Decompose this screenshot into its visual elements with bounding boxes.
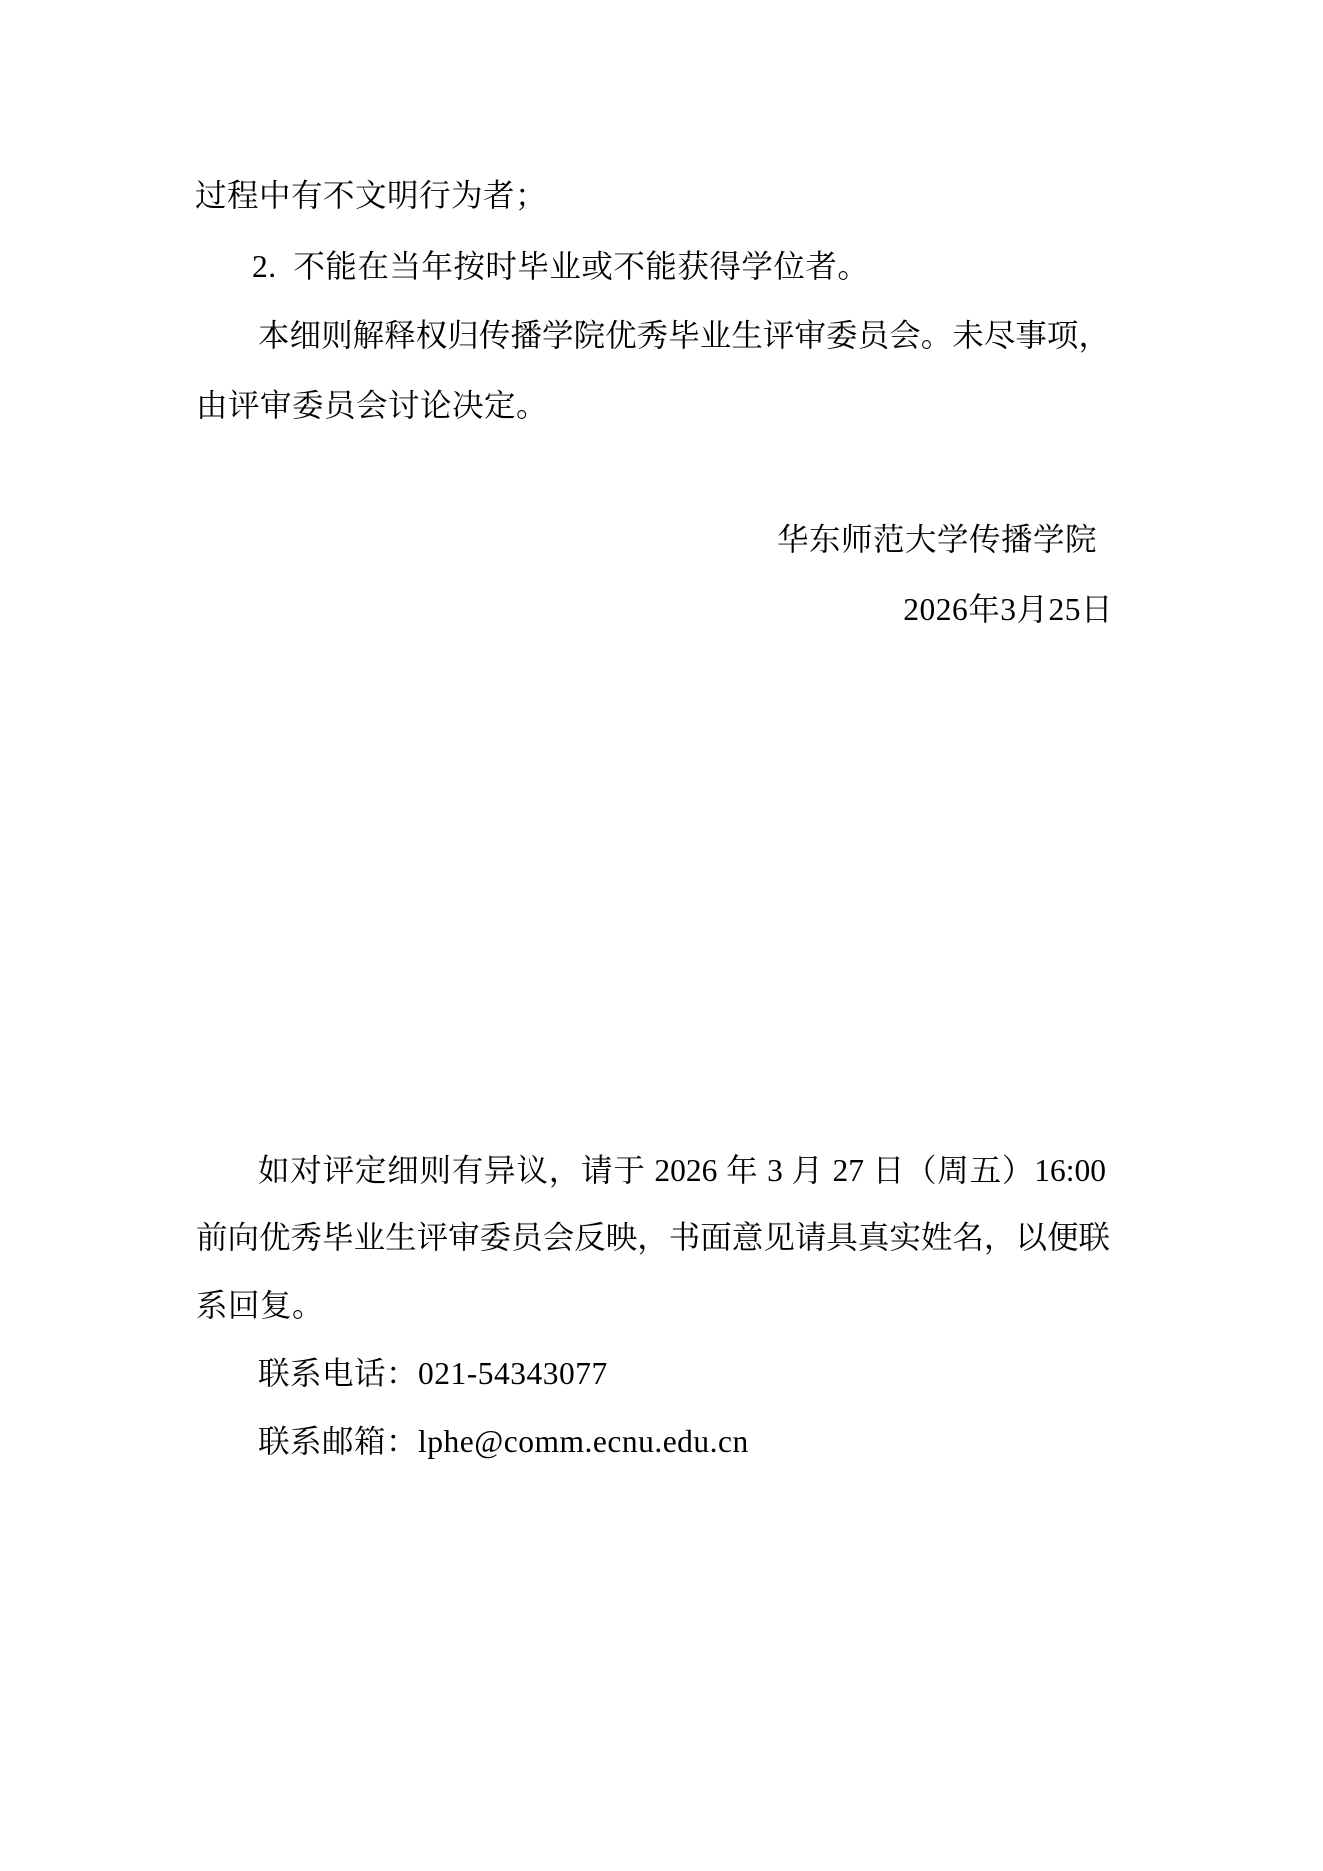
- feedback-line-2: 前向优秀毕业生评审委员会反映，书面意见请具真实姓名，以便联: [196, 1218, 1110, 1257]
- clause-item-2: 2. 不能在当年按时毕业或不能获得学位者。: [252, 247, 869, 286]
- feedback-line-3: 系回复。: [196, 1286, 324, 1325]
- contact-phone: 联系电话：021-54343077: [258, 1354, 608, 1393]
- feedback-line-1: 如对评定细则有异议，请于 2026 年 3 月 27 日（周五）16:00: [258, 1151, 1106, 1190]
- signature-date: 2026年3月25日: [903, 590, 1113, 629]
- document-page: 过程中有不文明行为者； 2. 不能在当年按时毕业或不能获得学位者。 本细则解释权…: [0, 0, 1323, 1871]
- clause-continuation-line: 过程中有不文明行为者；: [195, 176, 547, 215]
- contact-email: 联系邮箱：lphe@comm.ecnu.edu.cn: [258, 1422, 749, 1461]
- signature-organization: 华东师范大学传播学院: [777, 520, 1097, 559]
- interpretation-line-2: 由评审委员会讨论决定。: [196, 386, 548, 425]
- interpretation-line-1: 本细则解释权归传播学院优秀毕业生评审委员会。未尽事项，: [258, 316, 1110, 355]
